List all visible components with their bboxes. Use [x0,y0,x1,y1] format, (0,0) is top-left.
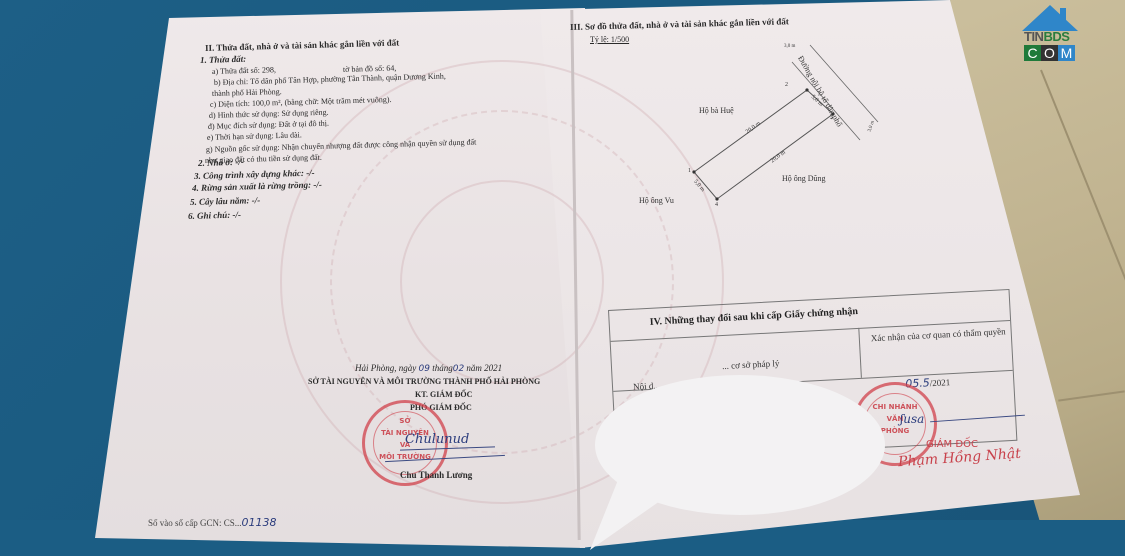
vertex-label: 4 [715,202,718,208]
logo-letter: M [1058,45,1075,61]
logo-text-bds: BDS [1043,29,1069,44]
signature-right: ʃusa [900,412,924,426]
logo-text-tin: TIN [1024,29,1043,44]
neighbor-label-north: Hộ bà Huệ [699,106,734,115]
logo-letter: C [1024,45,1041,61]
logo-letter: O [1041,45,1058,61]
road-width: 3,0 m [784,44,795,49]
vertex-label: 1 [688,168,691,174]
house-roof-icon [1022,5,1078,31]
parcel-diagram [0,0,1125,556]
col-confirmation-header: Xác nhận của cơ quan có thẩm quyền [866,326,1011,345]
neighbor-label-west: Hộ ông Vu [639,196,674,205]
change-date-year: /2021 [930,377,951,388]
stamp-text: CHI NHÁNH [856,403,934,411]
vertex-label: 2 [785,82,788,88]
changes-table-title: IV. Những thay đổi sau khi cấp Giấy chứn… [649,306,858,328]
neighbor-label-east: Hộ ông Dũng [782,174,826,183]
tinbds-logo: TINBDS C O M [1022,5,1078,61]
col-content-header: ... cơ sở pháp lý [722,358,780,371]
